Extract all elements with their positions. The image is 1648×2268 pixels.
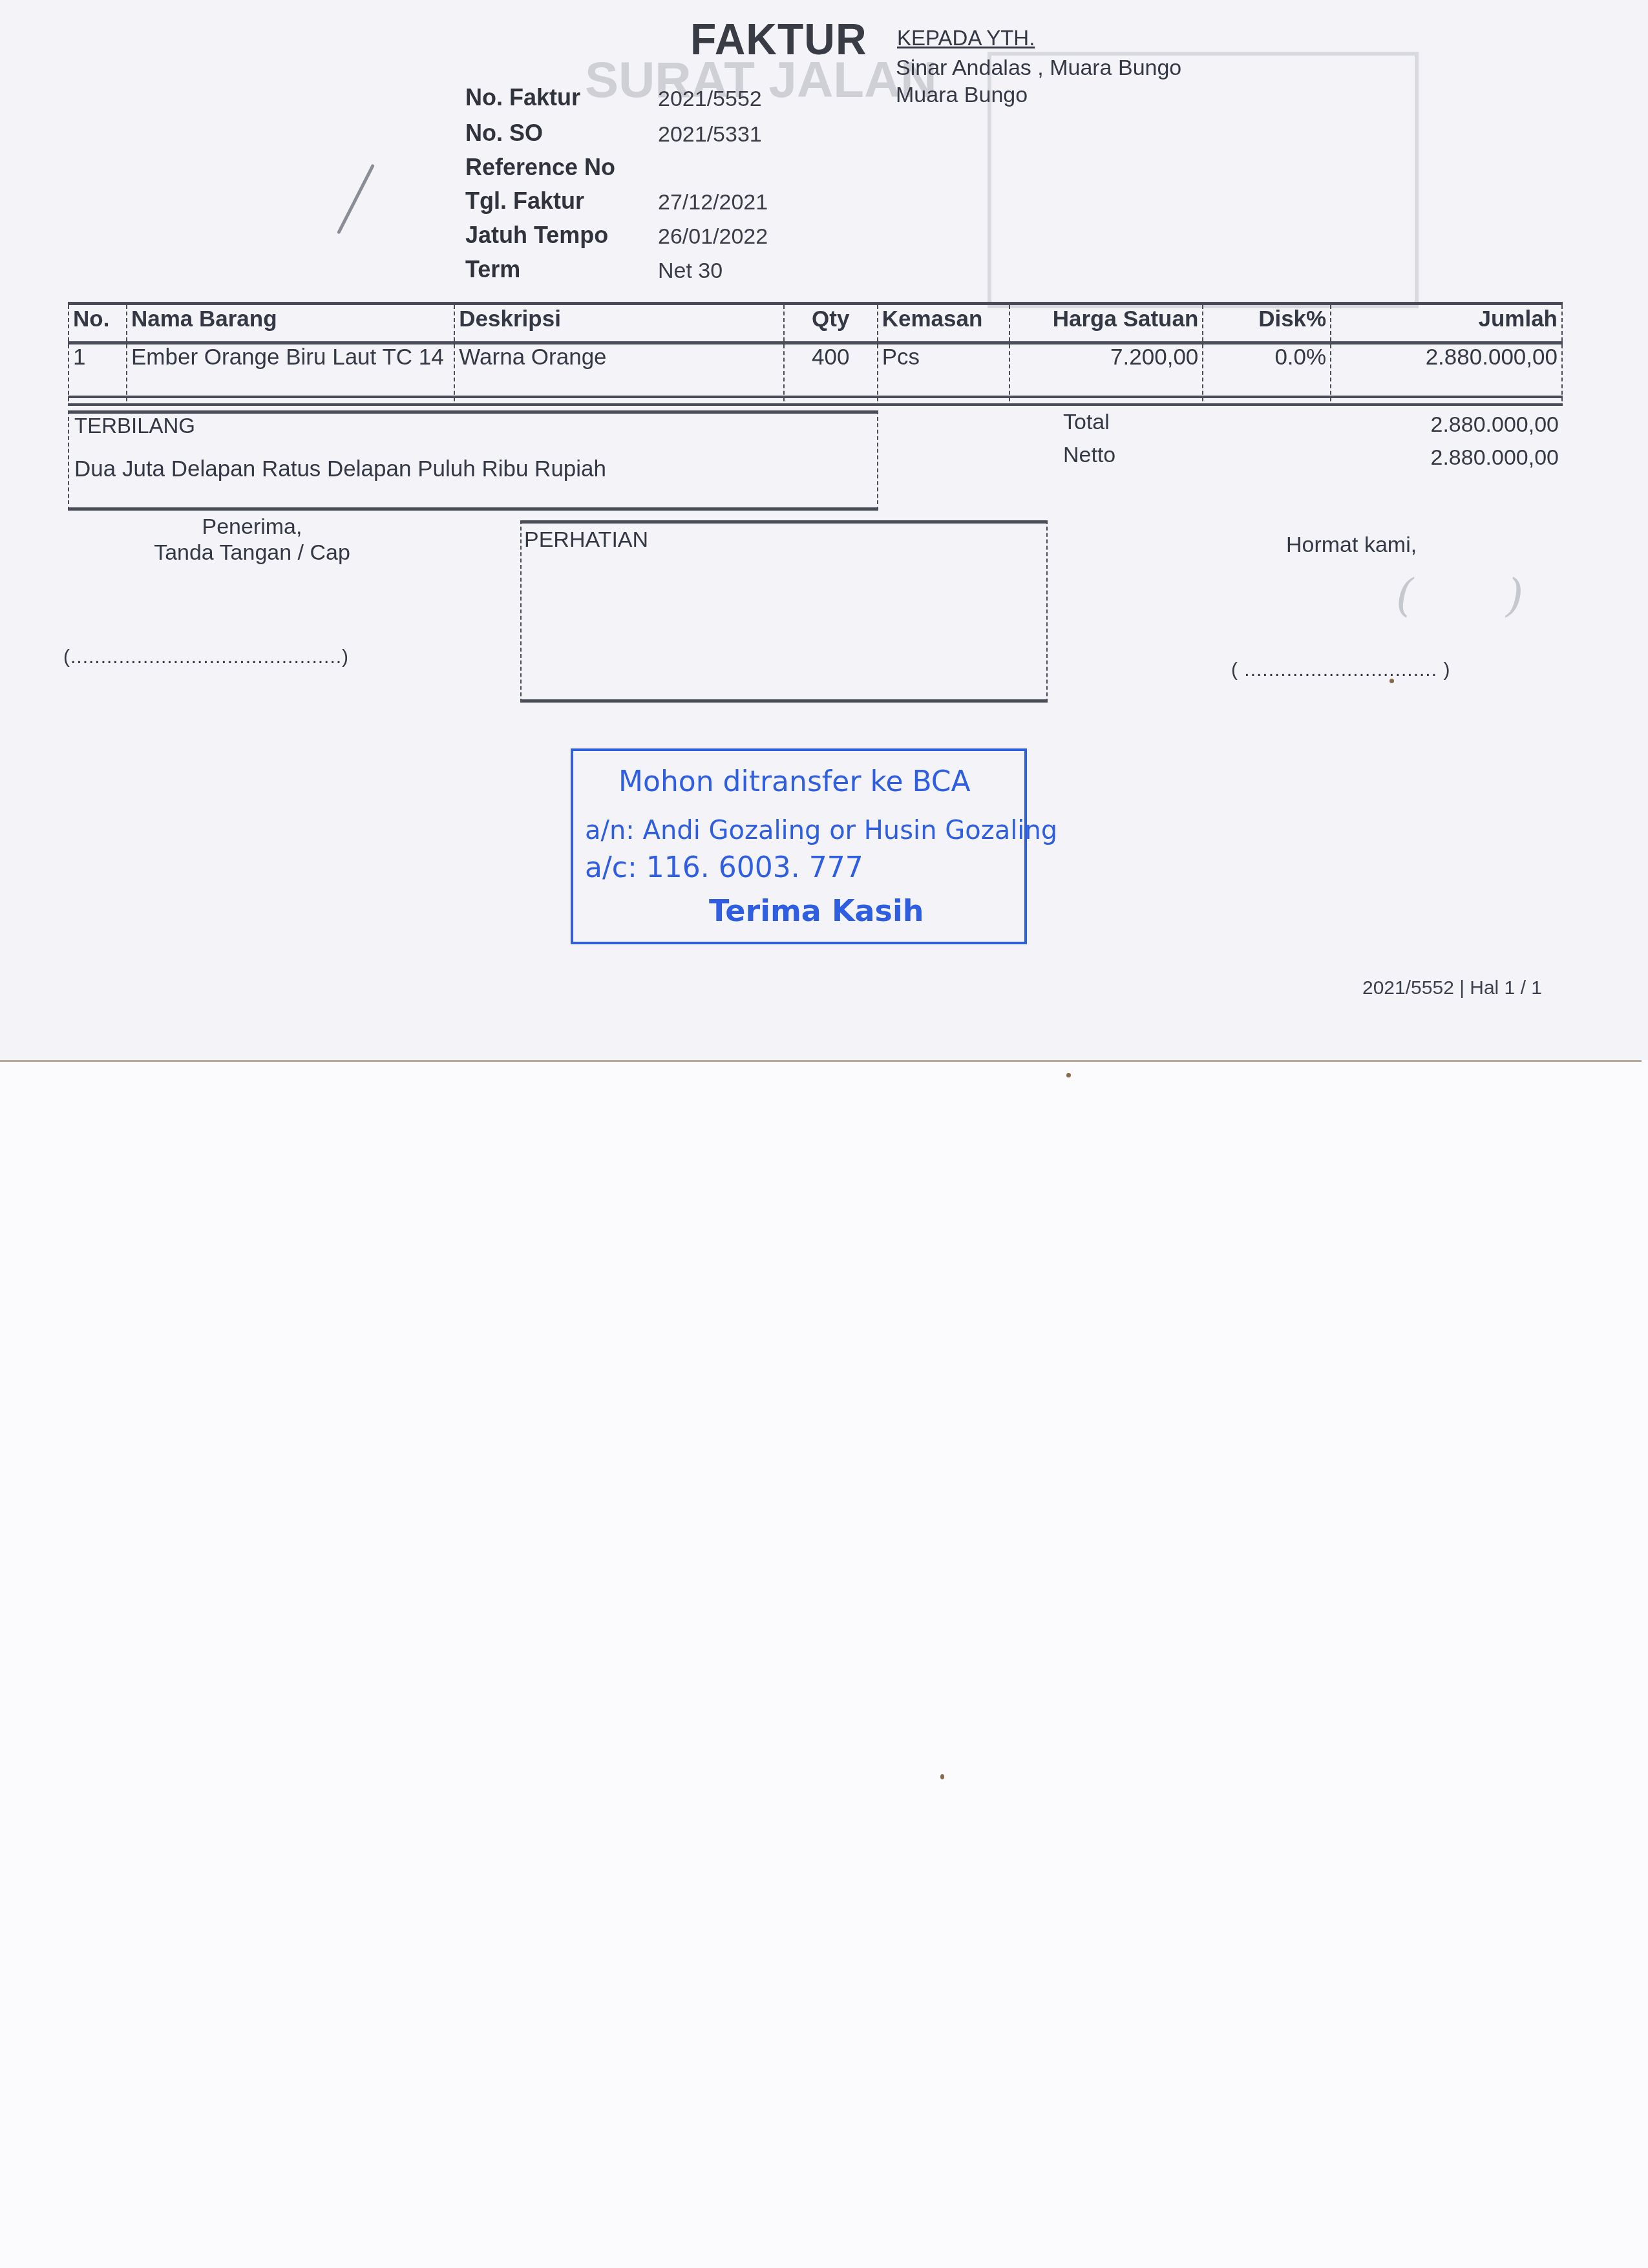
cell-disk: 0.0% (1203, 343, 1331, 402)
sender-label: Hormat kami, (1286, 533, 1417, 558)
paper-speck (940, 1774, 944, 1779)
recipient-line1: Sinar Andalas , Muara Bungo (896, 56, 1181, 81)
stamp-line-2: a/n: Andi Gozaling or Husin Gozaling (585, 816, 1057, 845)
stamp-thanks: Terima Kasih (709, 893, 924, 928)
receiver-signature-line: (.......................................… (63, 646, 349, 668)
recipient-line2: Muara Bungo (896, 83, 1028, 108)
cell-qty: 400 (784, 343, 878, 402)
terbilang-label: TERBILANG (74, 414, 195, 438)
cell-harga-satuan: 7.200,00 (1009, 343, 1203, 402)
cell-deskripsi: Warna Orange (454, 343, 783, 402)
stamp-account-number: a/c: 116. 6003. 777 (585, 851, 863, 884)
perhatian-label: PERHATIAN (524, 527, 648, 553)
perhatian-box: PERHATIAN (520, 520, 1048, 703)
table-row: 1 Ember Orange Biru Laut TC 14 Warna Ora… (69, 343, 1562, 402)
meta-label-no-faktur: No. Faktur (465, 84, 580, 111)
terbilang-text: Dua Juta Delapan Ratus Delapan Puluh Rib… (74, 456, 606, 482)
col-header-disk: Disk% (1203, 304, 1331, 343)
cell-nama-barang: Ember Orange Biru Laut TC 14 (127, 343, 454, 402)
meta-label-tgl-faktur: Tgl. Faktur (465, 187, 584, 215)
document-title: FAKTUR (690, 13, 867, 65)
netto-label: Netto (1063, 443, 1115, 468)
recipient-heading: KEPADA YTH. (897, 26, 1035, 50)
col-header-no: No. (69, 304, 127, 343)
meta-value-no-faktur: 2021/5552 (658, 87, 762, 112)
col-header-nama-barang: Nama Barang (127, 304, 454, 343)
table-bottom-rule-2 (68, 403, 1563, 406)
col-header-jumlah: Jumlah (1331, 304, 1562, 343)
tear-edge (0, 1060, 1642, 1062)
col-header-kemasan: Kemasan (878, 304, 1009, 343)
meta-value-term: Net 30 (658, 259, 723, 284)
col-header-qty: Qty (784, 304, 878, 343)
bank-transfer-stamp: Mohon ditransfer ke BCA a/n: Andi Gozali… (571, 748, 1027, 944)
ghost-box (988, 52, 1419, 308)
items-table: No. Nama Barang Deskripsi Qty Kemasan Ha… (68, 302, 1563, 401)
col-header-deskripsi: Deskripsi (454, 304, 783, 343)
table-header-row: No. Nama Barang Deskripsi Qty Kemasan Ha… (69, 304, 1562, 343)
handwritten-signature-end: ) (1506, 569, 1523, 622)
receiver-label: Penerima, (123, 514, 381, 540)
total-label: Total (1063, 410, 1110, 435)
cell-kemasan: Pcs (878, 343, 1009, 402)
col-header-harga-satuan: Harga Satuan (1009, 304, 1203, 343)
handwritten-signature: ( (1396, 569, 1413, 622)
paper-speck (1066, 1073, 1071, 1077)
total-value: 2.880.000,00 (1357, 412, 1559, 438)
paper-speck (1389, 679, 1394, 683)
receiver-sublabel: Tanda Tangan / Cap (123, 540, 381, 566)
page-reference: 2021/5552 | Hal 1 / 1 (1362, 977, 1542, 999)
terbilang-box: TERBILANG Dua Juta Delapan Ratus Delapan… (68, 410, 878, 511)
netto-value: 2.880.000,00 (1357, 445, 1559, 471)
stamp-line-1: Mohon ditransfer ke BCA (618, 765, 971, 798)
meta-label-no-so: No. SO (465, 120, 543, 147)
meta-label-reference-no: Reference No (465, 154, 615, 181)
table-bottom-rule (68, 396, 1563, 398)
meta-label-term: Term (465, 256, 520, 283)
meta-value-no-so: 2021/5331 (658, 122, 762, 147)
cell-jumlah: 2.880.000,00 (1331, 343, 1562, 402)
meta-value-tgl-faktur: 27/12/2021 (658, 190, 768, 215)
cell-no: 1 (69, 343, 127, 402)
meta-label-jatuh-tempo: Jatuh Tempo (465, 222, 608, 249)
sender-signature-line: ( ................................ ) (1231, 659, 1450, 681)
meta-value-jatuh-tempo: 26/01/2022 (658, 224, 768, 249)
